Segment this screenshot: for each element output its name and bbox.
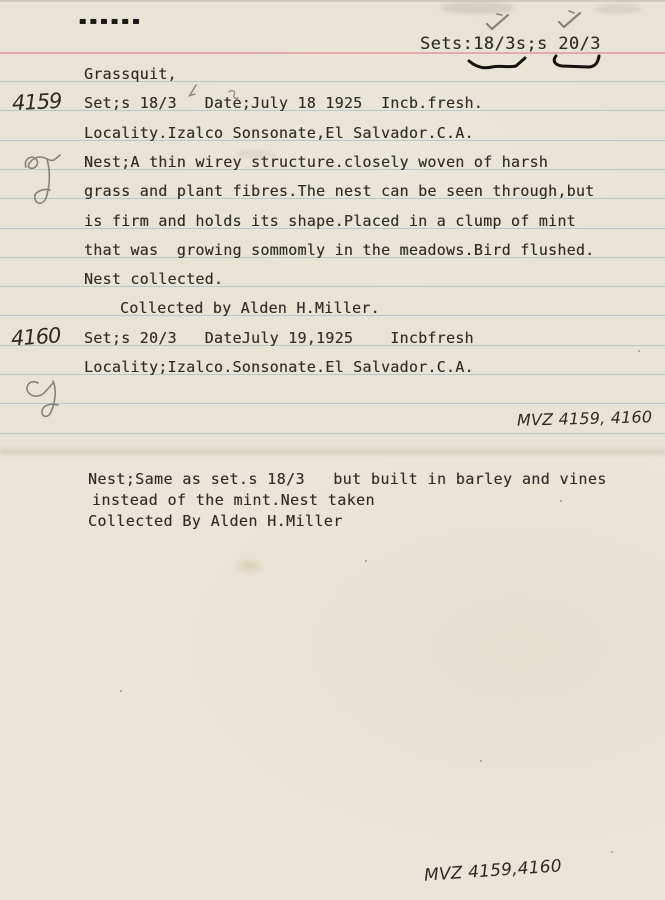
paper-speck bbox=[120, 690, 122, 692]
mvz-annotation-lower: MVZ 4159,4160 bbox=[423, 856, 562, 886]
pencil-cop-mark bbox=[20, 147, 64, 209]
record1-collector-line: Collected by Alden H.Miller. bbox=[120, 301, 380, 316]
typed-dashes: ------ bbox=[77, 4, 141, 37]
continuation-collector-line: Collected By Alden H.Miller bbox=[88, 514, 343, 529]
species-name: Grassquit, bbox=[84, 67, 177, 82]
ruled-line bbox=[0, 403, 665, 404]
record1-nest-line: grass and plant fibres.The nest can be s… bbox=[84, 184, 594, 199]
card-boundary-shadow bbox=[0, 446, 665, 458]
paper-speck bbox=[480, 760, 482, 762]
paper-stain bbox=[232, 556, 266, 576]
record1-nest-line: Nest collected. bbox=[84, 272, 223, 287]
paper-speck bbox=[611, 851, 613, 853]
continuation-nest-line: Nest;Same as set.s 18/3 but built in bar… bbox=[88, 472, 607, 487]
continuation-nest-line: instead of the mint.Nest taken bbox=[92, 493, 375, 508]
scanned-specimen-card-sheet: ------ Sets:18/3s;s 20/3 Grassquit, Set;… bbox=[0, 0, 665, 900]
paper-speck bbox=[365, 560, 367, 562]
catalog-number-4159: 4159 bbox=[11, 89, 62, 116]
catalog-number-4160: 4160 bbox=[10, 323, 61, 350]
paper-smudge bbox=[235, 150, 275, 158]
record1-nest-line: is firm and holds its shape.Placed in a … bbox=[84, 214, 576, 229]
ink-underline-marks bbox=[465, 53, 607, 71]
record1-nest-line: Nest;A thin wirey structure.closely wove… bbox=[84, 155, 548, 170]
upper-ruled-card: ------ Sets:18/3s;s 20/3 Grassquit, Set;… bbox=[0, 0, 665, 448]
pencil-smudge bbox=[595, 4, 641, 14]
pencil-cop-mark bbox=[22, 373, 68, 419]
mvz-annotation-upper: MVZ 4159, 4160 bbox=[517, 407, 653, 430]
record1-nest-line: that was growing sommomly in the meadows… bbox=[84, 243, 594, 258]
pencil-slash-mark bbox=[186, 83, 200, 97]
ruled-line bbox=[0, 433, 665, 434]
paper-speck bbox=[560, 500, 562, 502]
pencil-tick-mark bbox=[227, 88, 239, 100]
scan-top-edge bbox=[0, 0, 665, 2]
pencil-checkmark-icon bbox=[484, 12, 512, 32]
sets-heading: Sets:18/3s;s 20/3 bbox=[420, 36, 601, 53]
record2-set-date-line: Set;s 20/3 DateJuly 19,1925 Incbfresh bbox=[84, 331, 474, 346]
pencil-smudge bbox=[440, 2, 514, 14]
record1-locality-line: Locality.Izalco Sonsonate,El Salvador.C.… bbox=[84, 126, 474, 141]
record2-locality-line: Locality;Izalco.Sonsonate.El Salvador.C.… bbox=[84, 360, 474, 375]
record1-set-date-line: Set;s 18/3 Date;July 18 1925 Incb.fresh. bbox=[84, 96, 483, 111]
paper-speck bbox=[638, 350, 640, 352]
pencil-checkmark-icon bbox=[556, 10, 584, 30]
